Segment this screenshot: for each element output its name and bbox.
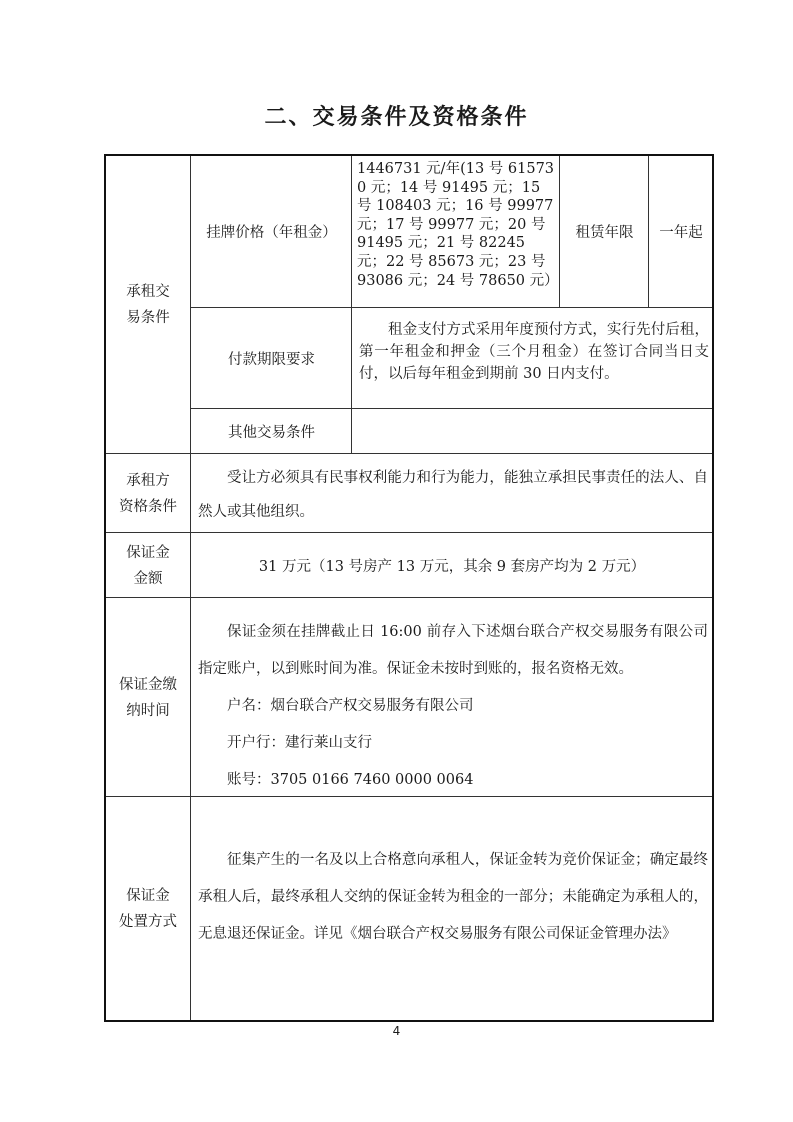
deposit-payment-instructions: 保证金须在挂牌截止日 16:00 前存入下述烟台联合产权交易服务有限公司指定账户… — [198, 614, 708, 688]
account-number: 账号：3705 0166 7460 0000 0064 — [198, 762, 708, 799]
bank-name: 开户行：建行莱山支行 — [198, 725, 708, 762]
deposit-amount-label: 保证金 金额 — [106, 534, 190, 597]
label-line: 保证金缴 — [119, 672, 177, 698]
deposit-amount-value: 31 万元（13 号房产 13 万元，其余 9 套房产均为 2 万元） — [192, 534, 712, 597]
listing-price-label: 挂牌价格（年租金） — [192, 156, 351, 307]
row-divider-1 — [190, 307, 712, 308]
listing-price-text: 1446731 元/年(13 号 615730 元；14 号 91495 元；1… — [357, 161, 559, 289]
label-line: 纳时间 — [119, 698, 177, 724]
conditions-table: 承租交 易条件 挂牌价格（年租金） 1446731 元/年(13 号 61573… — [104, 154, 714, 1022]
account-name: 户名：烟台联合产权交易服务有限公司 — [198, 688, 708, 725]
lessee-qualification-value: 受让方必须具有民事权利能力和行为能力，能独立承担民事责任的法人、自然人或其他组织… — [198, 461, 708, 531]
label-line: 承租交 — [126, 279, 170, 305]
page-number: 4 — [0, 1024, 793, 1038]
deposit-disposal-label: 保证金 处置方式 — [106, 798, 190, 1020]
deposit-payment-time-value: 保证金须在挂牌截止日 16:00 前存入下述烟台联合产权交易服务有限公司指定账户… — [198, 614, 708, 794]
label-line: 处置方式 — [119, 909, 177, 935]
col-divider-1 — [190, 156, 191, 1020]
payment-deadline-value: 租金支付方式采用年度预付方式，实行先付后租，第一年租金和押金（三个月租金）在签订… — [359, 319, 709, 407]
row-divider-2 — [190, 408, 712, 409]
lessee-qualification-label: 承租方 资格条件 — [106, 455, 190, 532]
payment-deadline-label: 付款期限要求 — [192, 309, 351, 408]
row-divider-3 — [106, 453, 712, 454]
label-line: 金额 — [126, 566, 170, 592]
section-title: 二、交易条件及资格条件 — [0, 100, 793, 131]
deposit-payment-time-label: 保证金缴 纳时间 — [106, 599, 190, 796]
label-line: 保证金 — [126, 540, 170, 566]
label-line: 易条件 — [126, 305, 170, 331]
other-conditions-label: 其他交易条件 — [192, 410, 351, 453]
listing-price-value: 1446731 元/年(13 号 615730 元；14 号 91495 元；1… — [357, 160, 557, 307]
row-divider-5 — [106, 597, 712, 598]
col-divider-3 — [559, 156, 560, 307]
label-line: 承租方 — [119, 468, 177, 494]
other-conditions-value — [353, 410, 712, 453]
row-divider-4 — [106, 532, 712, 533]
lease-term-label: 租赁年限 — [561, 156, 648, 307]
label-line: 资格条件 — [119, 494, 177, 520]
col-divider-4 — [648, 156, 649, 307]
lease-term-value: 一年起 — [650, 156, 712, 307]
col-divider-2 — [351, 156, 352, 454]
trade-conditions-label: 承租交 易条件 — [106, 156, 190, 453]
label-line: 保证金 — [119, 883, 177, 909]
deposit-disposal-value: 征集产生的一名及以上合格意向承租人，保证金转为竞价保证金；确定最终承租人后，最终… — [198, 842, 708, 992]
